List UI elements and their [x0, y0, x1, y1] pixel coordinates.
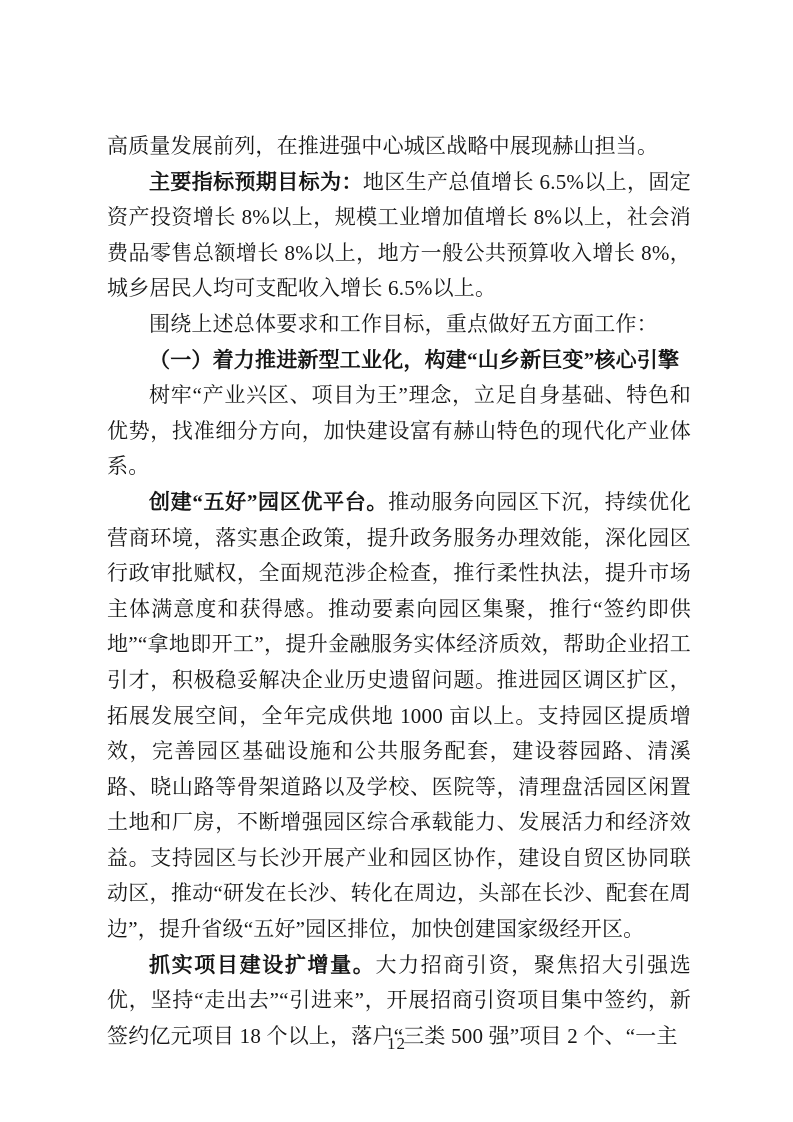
document-page: 高质量发展前列，在推进强中心城区战略中展现赫山担当。 主要指标预期目标为：地区生…: [0, 0, 793, 1122]
document-body: 高质量发展前列，在推进强中心城区战略中展现赫山担当。 主要指标预期目标为：地区生…: [107, 129, 691, 1054]
footer-dot-left: •: [358, 1038, 361, 1048]
para-continuation: 高质量发展前列，在推进强中心城区战略中展现赫山担当。: [107, 129, 691, 165]
page-number: 12: [387, 1034, 406, 1054]
para-park-platform: 创建“五好”园区优平台。推动服务向园区下沉，持续优化营商环境，落实惠企政策，提升…: [107, 485, 691, 948]
paragraph-lead: 主要指标预期目标为：: [149, 170, 363, 194]
footer-dot-right: •: [432, 1038, 435, 1048]
page-footer: •12•: [0, 1034, 793, 1054]
para-main-targets: 主要指标预期目标为：地区生产总值增长 6.5%以上，固定资产投资增长 8%以上，…: [107, 165, 691, 307]
paragraph-text: 围绕上述总体要求和工作目标，重点做好五方面工作：: [149, 312, 658, 336]
para-industry-concept: 树牢“产业兴区、项目为王”理念，立足自身基础、特色和优势，找准细分方向，加快建设…: [107, 378, 691, 485]
paragraph-lead: 创建“五好”园区优平台。: [149, 490, 388, 514]
paragraph-lead: 抓实项目建设扩增量。: [149, 953, 375, 977]
section-heading-text: （一）着力推进新型工业化，构建“山乡新巨变”核心引擎: [149, 348, 679, 372]
paragraph-text: 树牢“产业兴区、项目为王”理念，立足自身基础、特色和优势，找准细分方向，加快建设…: [107, 383, 691, 478]
para-work-overview: 围绕上述总体要求和工作目标，重点做好五方面工作：: [107, 307, 691, 343]
paragraph-text: 推动服务向园区下沉，持续优化营商环境，落实惠企政策，提升政务服务办理效能，深化园…: [107, 490, 691, 941]
heading-section-one: （一）着力推进新型工业化，构建“山乡新巨变”核心引擎: [107, 343, 691, 379]
paragraph-text: 高质量发展前列，在推进强中心城区战略中展现赫山担当。: [107, 134, 658, 158]
